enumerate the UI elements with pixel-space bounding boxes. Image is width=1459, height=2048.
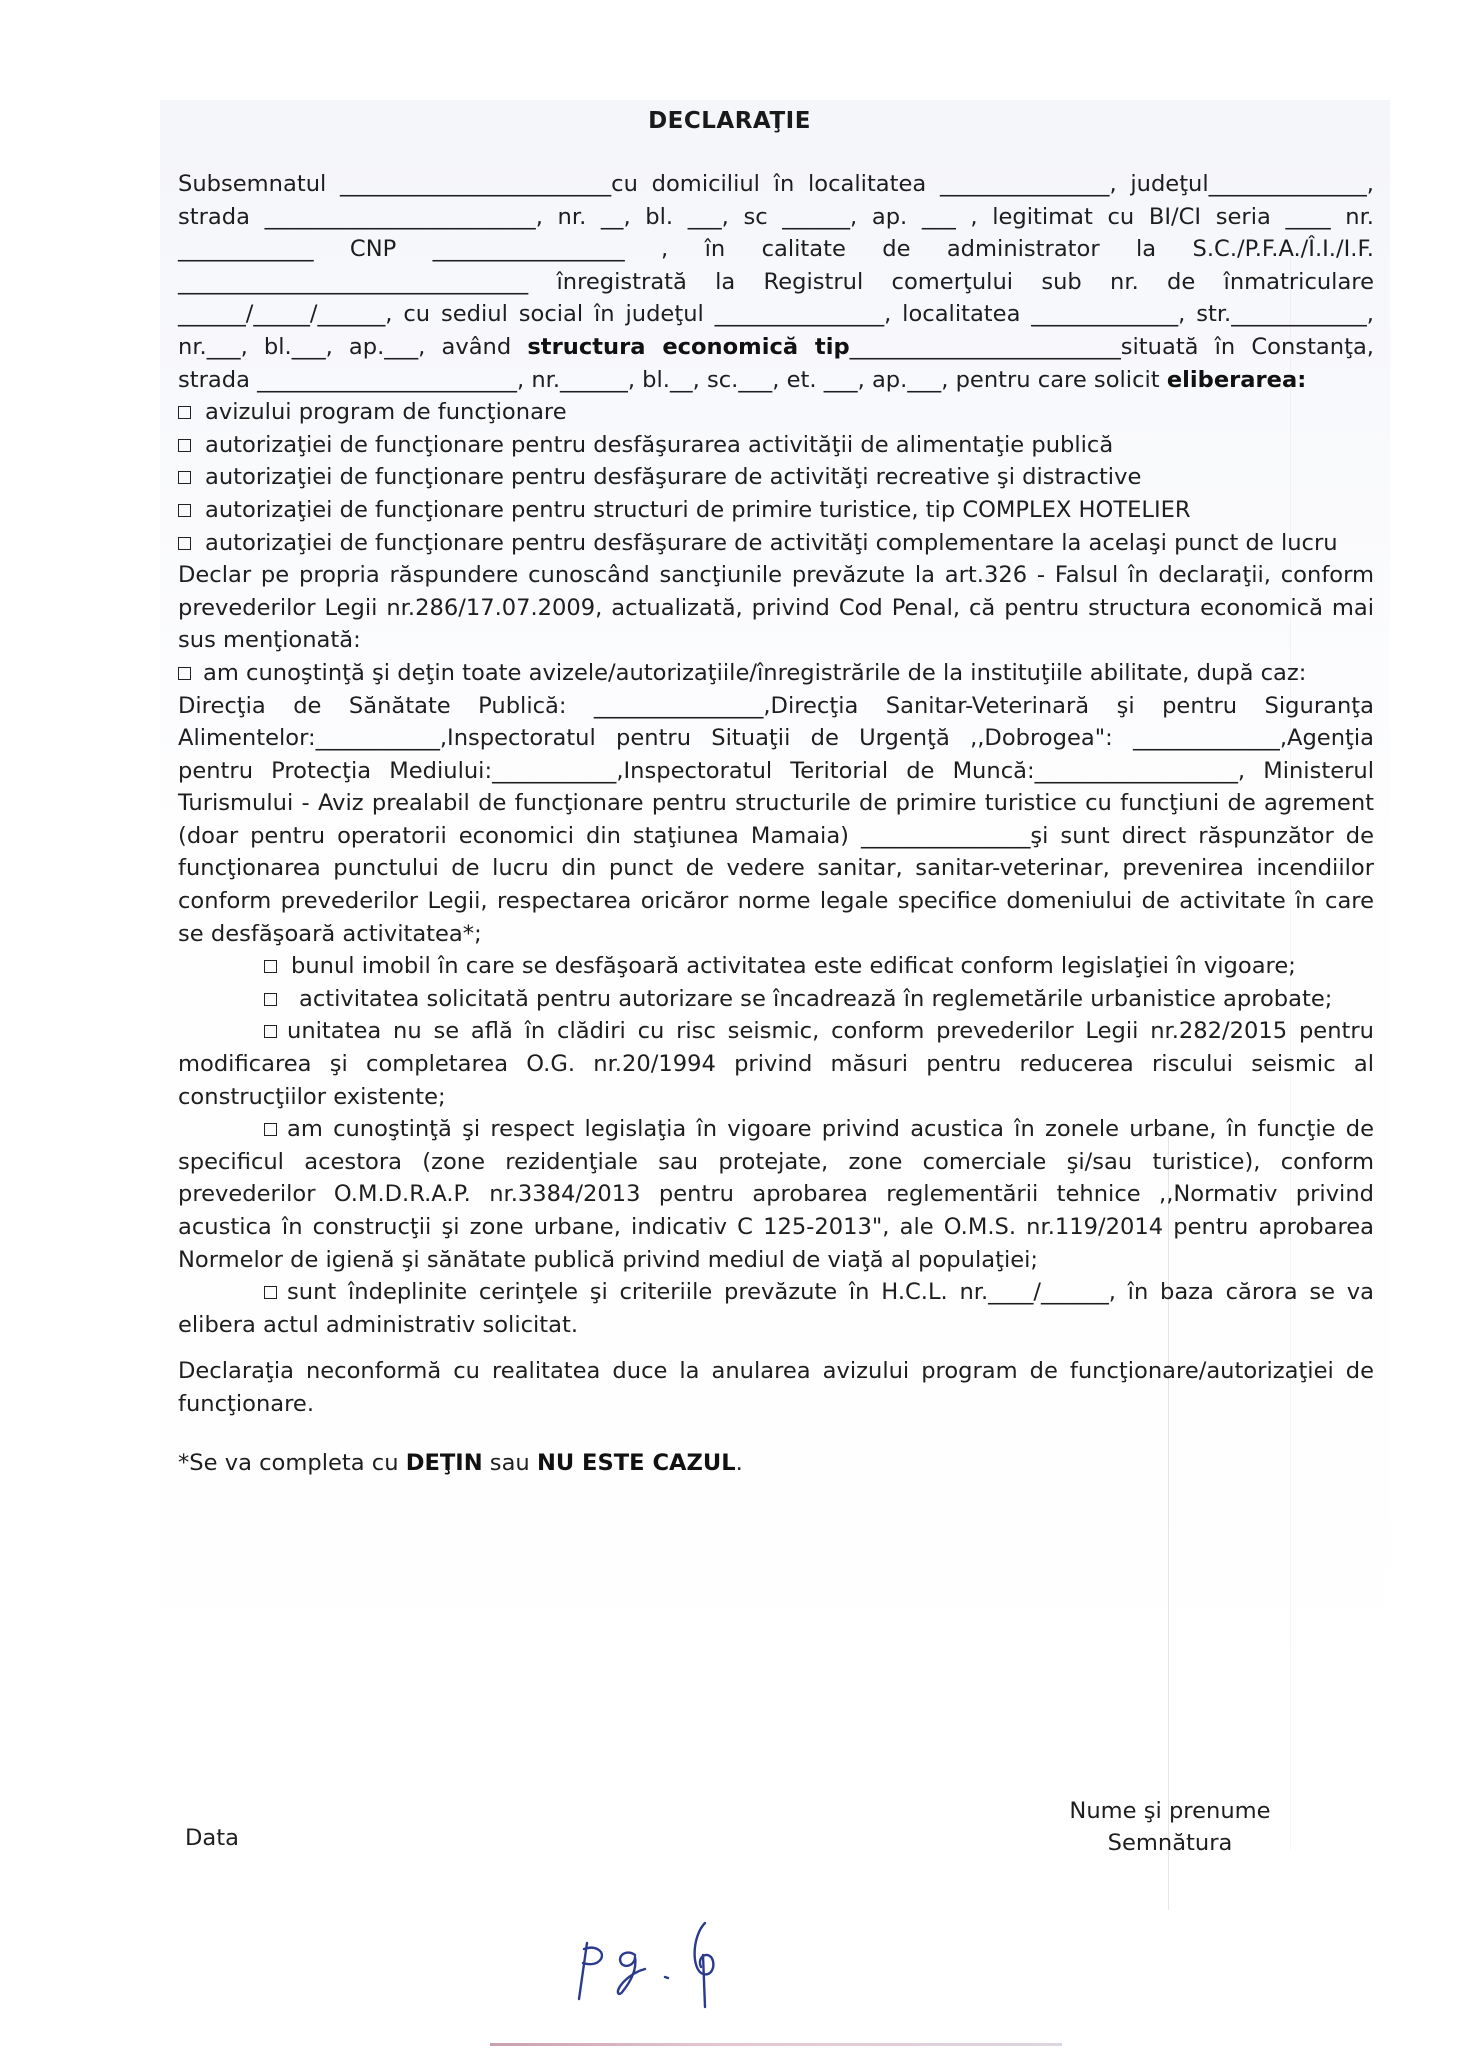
scan-bottom-edge [490, 2043, 1062, 2046]
signature-label: Semnătura [1020, 1827, 1320, 1859]
checkbox-icon[interactable] [264, 993, 277, 1006]
intro-bold-structure: structura economică tip [527, 334, 849, 360]
footnote-text: *Se va completa cu [178, 1450, 406, 1476]
checkbox-icon[interactable] [178, 504, 191, 517]
footnote-text: sau [483, 1450, 537, 1476]
checkbox-icon[interactable] [178, 667, 191, 680]
option-item: avizului program de funcţionare [178, 396, 1374, 429]
condition-label: bunul imobil în care se desfăşoară activ… [291, 953, 1296, 979]
checkbox-icon[interactable] [264, 1123, 277, 1136]
checkbox-icon[interactable] [178, 439, 191, 452]
option-item: autorizaţiei de funcţionare pentru desfă… [178, 429, 1374, 462]
spacer [178, 1421, 1374, 1447]
condition-label: sunt îndeplinite cerinţele şi criteriile… [178, 1279, 1374, 1338]
signature-block: Nume şi prenume Semnătura [1020, 1795, 1320, 1859]
checkbox-icon[interactable] [264, 1025, 277, 1038]
checkbox-icon[interactable] [264, 960, 277, 973]
footnote-option-detin: DEŢIN [406, 1450, 483, 1476]
intro-paragraph: Subsemnatul ________________________cu d… [178, 168, 1374, 396]
handwriting-pg6-icon: pg. 6 [565, 1915, 735, 2010]
condition-label: am cunoştinţă şi respect legislaţia în v… [178, 1116, 1374, 1272]
knowledge-item: am cunoştinţă şi deţin toate avizele/aut… [178, 657, 1374, 690]
checkbox-icon[interactable] [178, 471, 191, 484]
condition-item: am cunoştinţă şi respect legislaţia în v… [178, 1113, 1374, 1276]
intro-bold-release: eliberarea: [1167, 367, 1306, 393]
footnote-text: . [736, 1450, 743, 1476]
footnote-option-nu-este-cazul: NU ESTE CAZUL [537, 1450, 736, 1476]
condition-item: activitatea solicitată pentru autorizare… [178, 983, 1374, 1016]
condition-item: sunt îndeplinite cerinţele şi criteriile… [178, 1276, 1374, 1341]
knowledge-label: am cunoştinţă şi deţin toate avizele/aut… [203, 660, 1306, 686]
checkbox-icon[interactable] [264, 1286, 277, 1299]
option-label: autorizaţiei de funcţionare pentru desfă… [205, 530, 1338, 556]
date-label: Data [185, 1825, 239, 1851]
condition-label: activitatea solicitată pentru autorizare… [299, 986, 1332, 1012]
option-item: autorizaţiei de funcţionare pentru desfă… [178, 461, 1374, 494]
document-title: DECLARAŢIE [0, 108, 1459, 134]
condition-item: unitatea nu se află în clădiri cu risc s… [178, 1015, 1374, 1113]
intro-text: Subsemnatul ________________________cu d… [178, 171, 1374, 360]
option-label: avizului program de funcţionare [205, 399, 567, 425]
institutions-paragraph: Direcţia de Sănătate Publică: __________… [178, 690, 1374, 951]
name-label: Nume şi prenume [1020, 1795, 1320, 1827]
option-label: autorizaţiei de funcţionare pentru desfă… [205, 464, 1141, 490]
document-body: Subsemnatul ________________________cu d… [178, 168, 1374, 1479]
option-item: autorizaţiei de funcţionare pentru desfă… [178, 527, 1374, 560]
option-item: autorizaţiei de funcţionare pentru struc… [178, 494, 1374, 527]
spacer [178, 1341, 1374, 1355]
declaration-paragraph: Declar pe propria răspundere cunoscând s… [178, 559, 1374, 657]
option-label: autorizaţiei de funcţionare pentru desfă… [205, 432, 1113, 458]
condition-item: bunul imobil în care se desfăşoară activ… [178, 950, 1374, 983]
handwritten-page-note: pg. 6 [565, 1915, 735, 2014]
option-label: autorizaţiei de funcţionare pentru struc… [205, 497, 1191, 523]
checkbox-icon[interactable] [178, 537, 191, 550]
nonconform-paragraph: Declaraţia neconformă cu realitatea duce… [178, 1355, 1374, 1420]
footnote: *Se va completa cu DEŢIN sau NU ESTE CAZ… [178, 1447, 1374, 1480]
condition-label: unitatea nu se află în clădiri cu risc s… [178, 1018, 1374, 1109]
checkbox-icon[interactable] [178, 406, 191, 419]
